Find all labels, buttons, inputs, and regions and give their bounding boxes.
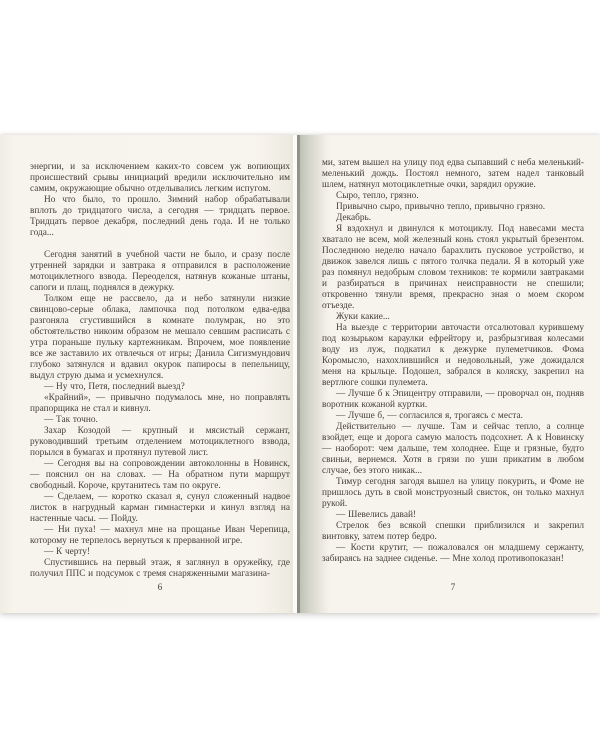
paragraph: — Кости крутит, — пожаловался он младшем… — [322, 543, 584, 565]
paragraph: — Лучше б к Эпицентру отправили, — прово… — [322, 389, 584, 411]
paragraph: — Ни пуха! — махнул мне на прощанье Иван… — [30, 525, 290, 547]
page-6-text-column: энергии, и за исключением каких-то совсе… — [30, 162, 290, 580]
paragraph: — Ну что, Петя, последний выезд? — [30, 382, 290, 393]
paragraph: — К черту! — [30, 547, 290, 558]
paragraph: — Лучше б, — согласился я, трогаясь с ме… — [322, 411, 584, 422]
page-number-left: 6 — [30, 583, 290, 594]
book-spread: энергии, и за исключением каких-то совсе… — [0, 135, 600, 613]
paragraph: На выезде с территории авточасти отсалют… — [322, 323, 584, 389]
paragraph: Но что было, то прошло. Зимний набор обр… — [30, 195, 290, 239]
scanned-book-screenshot: энергии, и за исключением каких-то совсе… — [0, 0, 600, 750]
paragraph: Стрелок без всякой спешки приблизился и … — [322, 521, 584, 543]
paragraph: ми, затем вышел на улицу под едва сыпавш… — [322, 158, 584, 191]
paragraph: Сегодня занятий в учебной части не было,… — [30, 250, 290, 294]
paragraph: Я вздохнул и двинулся к мотоциклу. Под н… — [322, 224, 584, 312]
paragraph: — Шевелись давай! — [322, 510, 584, 521]
paragraph: — Сегодня вы на сопровождении автоколонн… — [30, 459, 290, 492]
paragraph: Тимур сегодня загодя вышел на улицу поку… — [322, 477, 584, 510]
paragraph: «Крайний», — привычно подумалось мне, но… — [30, 393, 290, 415]
paragraph: энергии, и за исключением каких-то совсе… — [30, 162, 290, 195]
paragraph: Спустившись на первый этаж, я заглянул в… — [30, 558, 290, 580]
paragraph: Сыро, тепло, грязно. — [322, 191, 584, 202]
paragraph: — Сделаем, — коротко сказал я, сунул сло… — [30, 492, 290, 525]
paragraph: Действительно — лучше. Там и сейчас тепл… — [322, 422, 584, 477]
page-7-text-column: ми, затем вышел на улицу под едва сыпавш… — [322, 158, 584, 565]
page-number-right: 7 — [322, 583, 584, 594]
paragraph: Привычно сыро, привычно тепло, привычно … — [322, 202, 584, 213]
paragraph: — Так точно. — [30, 415, 290, 426]
paragraph: Толком еще не рассвело, да и небо затяну… — [30, 294, 290, 382]
paragraph: Декабрь. — [322, 213, 584, 224]
paragraph: Жуки какие... — [322, 312, 584, 323]
paragraph: Захар Козодой — крупный и мясистый сержа… — [30, 426, 290, 459]
